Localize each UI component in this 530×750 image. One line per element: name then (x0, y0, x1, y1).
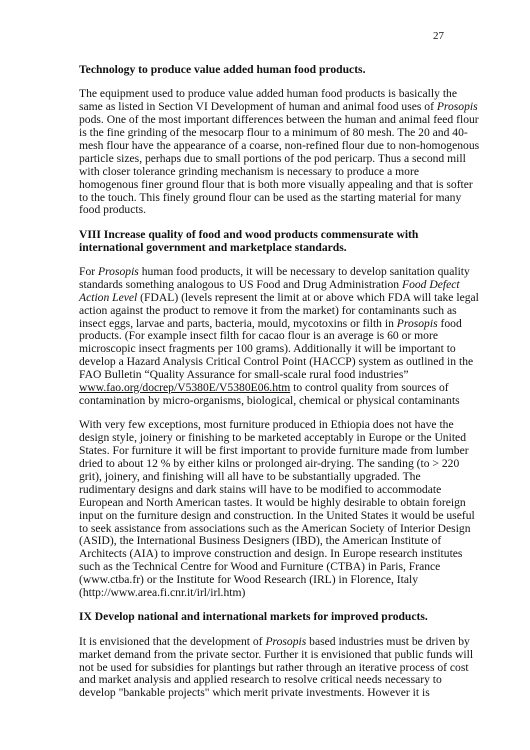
section-heading: Technology to produce value added human … (79, 64, 459, 77)
section-heading: VIII Increase quality of food and wood p… (79, 229, 459, 255)
url-link[interactable]: www.fao.org/docrep/V5380E/V5380E06.htm (79, 381, 290, 394)
section-heading: IX Develop national and international ma… (79, 611, 459, 624)
paragraph: For Prosopis human food products, it wil… (79, 266, 459, 408)
page-number: 27 (433, 30, 444, 42)
paragraph: The equipment used to produce value adde… (79, 88, 459, 217)
paragraph: With very few exceptions, most furniture… (79, 419, 459, 600)
document-body: Technology to produce value added human … (79, 64, 459, 700)
paragraph: It is envisioned that the development of… (79, 636, 459, 701)
